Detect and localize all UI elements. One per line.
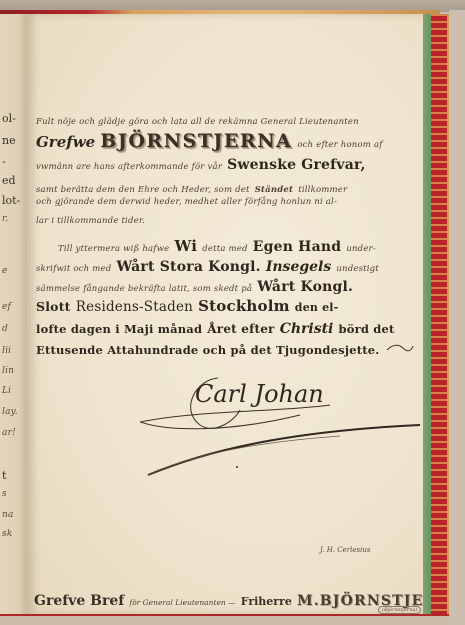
left-facing-page: ol- ne - ed lot- r. e ef d lii lin Li la… — [0, 14, 28, 614]
flourish-icon — [385, 339, 415, 358]
emphasis-text: Egen Hand — [253, 239, 342, 255]
line-text: och gjörande dem derwid heder, medhet al… — [36, 197, 337, 207]
line-text: tillkommer — [298, 185, 347, 195]
text-line-6: lar i tillkommande tider. — [36, 216, 421, 226]
line-text: lofte dagen i Maji månad — [36, 322, 202, 336]
left-page-hand-fragment: sk — [2, 529, 12, 539]
text-line-11: lofte dagen i Maji månad Året efter Chri… — [36, 318, 421, 337]
text-line-7: Till yttermera wiß hafwe Wi detta med Eg… — [58, 236, 443, 255]
emphasis-text: Christi — [280, 321, 334, 337]
line-text: och efter honom af — [297, 140, 382, 150]
royal-signature: Carl Johan — [140, 370, 425, 480]
emphasis-text: Residens-Staden — [76, 299, 193, 315]
text-line-9: sämmelse fångande bekräfta latit, som sk… — [36, 276, 421, 295]
footer-title: Grefve Bref — [34, 593, 124, 609]
left-page-fragment: lot- — [2, 194, 20, 207]
line-text: börd det — [338, 322, 394, 336]
left-page-fragment: r. — [2, 214, 9, 224]
text-line-3: vwmänn are hans afterkommande för vår Sw… — [36, 154, 421, 173]
line-text: detta med — [202, 244, 247, 254]
text-line-8: skrifwit och med Wårt Stora Kongl. Inseg… — [36, 256, 421, 275]
scan-right-edge — [449, 10, 465, 625]
left-page-fragment: ol- — [2, 112, 16, 125]
text-line-2: Grefwe BJÖRNSTJERNA och efter honom af — [36, 130, 421, 152]
title-prefix: Grefwe — [36, 133, 95, 151]
emphasis-text: Året efter — [207, 322, 274, 336]
left-page-hand-fragment: ef — [2, 302, 11, 312]
line-text: Slott — [36, 299, 71, 314]
line-text: skrifwit och med — [36, 264, 111, 274]
left-page-hand-fragment: d — [2, 324, 8, 334]
line-text: under- — [346, 244, 376, 254]
left-page-fragment: - — [2, 155, 6, 168]
line-text: den el- — [295, 301, 339, 314]
line-text: Till yttermera wiß hafwe — [58, 244, 169, 254]
green-border-band — [423, 14, 431, 614]
left-page-hand-fragment: t — [2, 469, 6, 482]
left-page-hand-fragment: Li — [2, 386, 11, 396]
left-page-fragment: ed — [2, 174, 16, 187]
line-text: lar i tillkommande tider. — [36, 216, 145, 226]
left-page-hand-fragment: s — [2, 489, 7, 499]
text-line-1: Fult nöje och glädje göra och lata all d… — [36, 117, 421, 127]
text-line-12: Ettusende Attahundrade och på det Tjugon… — [36, 339, 421, 358]
line-text: Fult nöje och glädje göra och lata all d… — [36, 117, 359, 127]
emphasis-text: Swenske Grefvar, — [227, 157, 366, 173]
emphasis-text: Ständet — [255, 185, 293, 195]
emphasis-text: Wi — [174, 237, 197, 255]
text-line-5: och gjörande dem derwid heder, medhet al… — [36, 197, 421, 207]
left-page-hand-fragment: lay. — [2, 407, 18, 417]
scan-bottom-edge — [0, 614, 449, 625]
line-text: Ettusende Attahundrade och på det Tjugon… — [36, 343, 379, 357]
text-line-4: samt berätta dem den Ehre och Heder, som… — [36, 177, 421, 196]
emphasis-text: Wårt Kongl. — [257, 279, 353, 295]
left-page-hand-fragment: lin — [2, 366, 14, 376]
footer-note: (Björnstjerna) — [378, 606, 421, 614]
line-text: vwmänn are hans afterkommande för vår — [36, 162, 222, 172]
line-text: samt berätta dem den Ehre och Heder, som… — [36, 185, 250, 195]
text-line-10: Slott Residens-Staden Stockholm den el- — [36, 296, 421, 315]
left-page-fragment: ne — [2, 134, 16, 147]
red-gilt-border — [431, 14, 449, 614]
footer-middle: för General Lieutenanten — — [129, 598, 235, 607]
left-page-hand-fragment: na — [2, 510, 14, 520]
recipient-name: BJÖRNSTJERNA — [100, 130, 292, 152]
countersignature: J. H. Cerlesius — [320, 546, 370, 554]
emphasis-text: Wårt Stora Kongl. — [116, 259, 260, 275]
emphasis-text: Stockholm — [198, 297, 290, 315]
footer-rank: Friherre — [241, 595, 292, 608]
left-page-fragment: e — [2, 266, 8, 276]
line-text: sämmelse fångande bekräfta latit, som sk… — [36, 284, 252, 294]
line-text: undestigt — [336, 264, 379, 274]
signature-text: Carl Johan — [195, 380, 324, 408]
emphasis-text: Insegels — [266, 259, 331, 275]
left-page-hand-fragment: ar! — [2, 428, 16, 438]
footer-title-line: Grefve Bref för General Lieutenanten — F… — [34, 590, 424, 609]
left-page-hand-fragment: lii — [2, 346, 11, 356]
